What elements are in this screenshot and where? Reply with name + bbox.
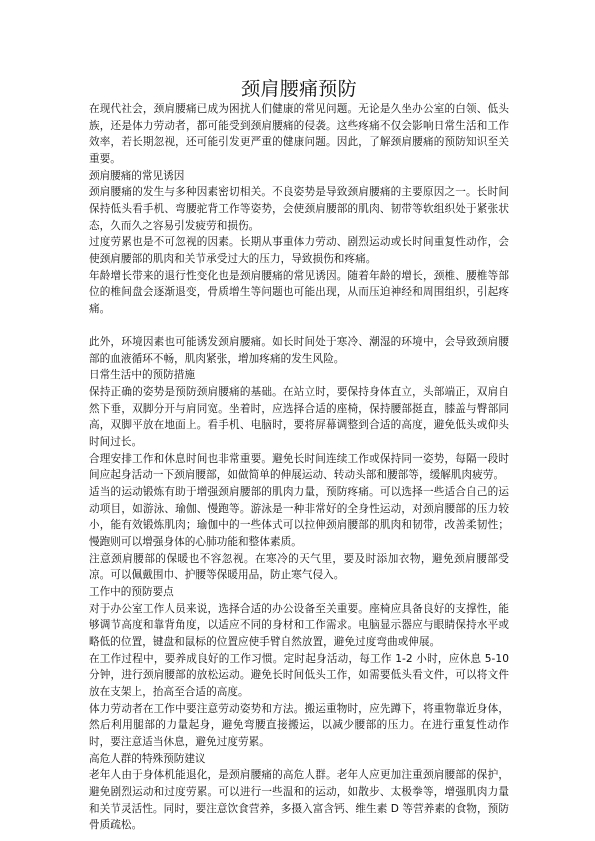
section-heading: 日常生活中的预防措施 — [89, 367, 509, 384]
paragraph: 在工作过程中，要养成良好的工作习惯。定时起身活动，每工作 1-2 小时，应休息 … — [89, 651, 509, 701]
paragraph: 注意颈肩腰部的保暖也不容忽视。在寒冷的天气里，要及时添加衣物，避免颈肩腰部受凉。… — [89, 551, 509, 584]
intro-paragraph: 在现代社会，颈肩腰痛已成为困扰人们健康的常见问题。无论是久坐办公室的白领、低头族… — [89, 101, 509, 168]
paragraph: 过度劳累也是不可忽视的因素。长期从事重体力劳动、剧烈运动或长时间重复性动作，会使… — [89, 234, 509, 267]
paragraph: 对于办公室工作人员来说，选择合适的办公设备至关重要。座椅应具备良好的支撑性，能够… — [89, 601, 509, 651]
section-high-risk: 高危人群的特殊预防建议 老年人由于身体机能退化，是颈肩腰痛的高危人群。老年人应更… — [89, 751, 509, 834]
paragraph: 适当的运动锻炼有助于增强颈肩腰部的肌肉力量，预防疼痛。可以选择一些适合自己的运动… — [89, 484, 509, 551]
document-page: 颈肩腰痛预防 在现代社会，颈肩腰痛已成为困扰人们健康的常见问题。无论是久坐办公室… — [89, 78, 509, 834]
paragraph: 体力劳动者在工作中要注意劳动姿势和方法。搬运重物时，应先蹲下，将重物靠近身体，然… — [89, 701, 509, 751]
section-heading: 颈肩腰痛的常见诱因 — [89, 168, 509, 185]
blank-line — [89, 318, 509, 335]
document-title: 颈肩腰痛预防 — [89, 78, 509, 100]
section-daily-prevention: 日常生活中的预防措施 保持正确的姿势是预防颈肩腰痛的基础。在站立时，要保持身体直… — [89, 367, 509, 584]
section-work-prevention: 工作中的预防要点 对于办公室工作人员来说，选择合适的办公设备至关重要。座椅应具备… — [89, 584, 509, 751]
paragraph: 老年人由于身体机能退化，是颈肩腰痛的高危人群。老年人应更加注重颈肩腰部的保护，避… — [89, 767, 509, 834]
section-heading: 工作中的预防要点 — [89, 584, 509, 601]
section-causes: 颈肩腰痛的常见诱因 颈肩腰痛的发生与多种因素密切相关。不良姿势是导致颈肩腰痛的主… — [89, 168, 509, 368]
paragraph: 合理安排工作和休息时间也非常重要。避免长时间连续工作或保持同一姿势，每隔一段时间… — [89, 451, 509, 484]
paragraph: 年龄增长带来的退行性变化也是颈肩腰痛的常见诱因。随着年龄的增长，颈椎、腰椎等部位… — [89, 268, 509, 318]
section-heading: 高危人群的特殊预防建议 — [89, 751, 509, 768]
paragraph: 保持正确的姿势是预防颈肩腰痛的基础。在站立时，要保持身体直立，头部端正，双肩自然… — [89, 384, 509, 451]
paragraph: 颈肩腰痛的发生与多种因素密切相关。不良姿势是导致颈肩腰痛的主要原因之一。长时间保… — [89, 184, 509, 234]
paragraph: 此外，环境因素也可能诱发颈肩腰痛。如长时间处于寒冷、潮湿的环境中，会导致颈肩腰部… — [89, 334, 509, 367]
